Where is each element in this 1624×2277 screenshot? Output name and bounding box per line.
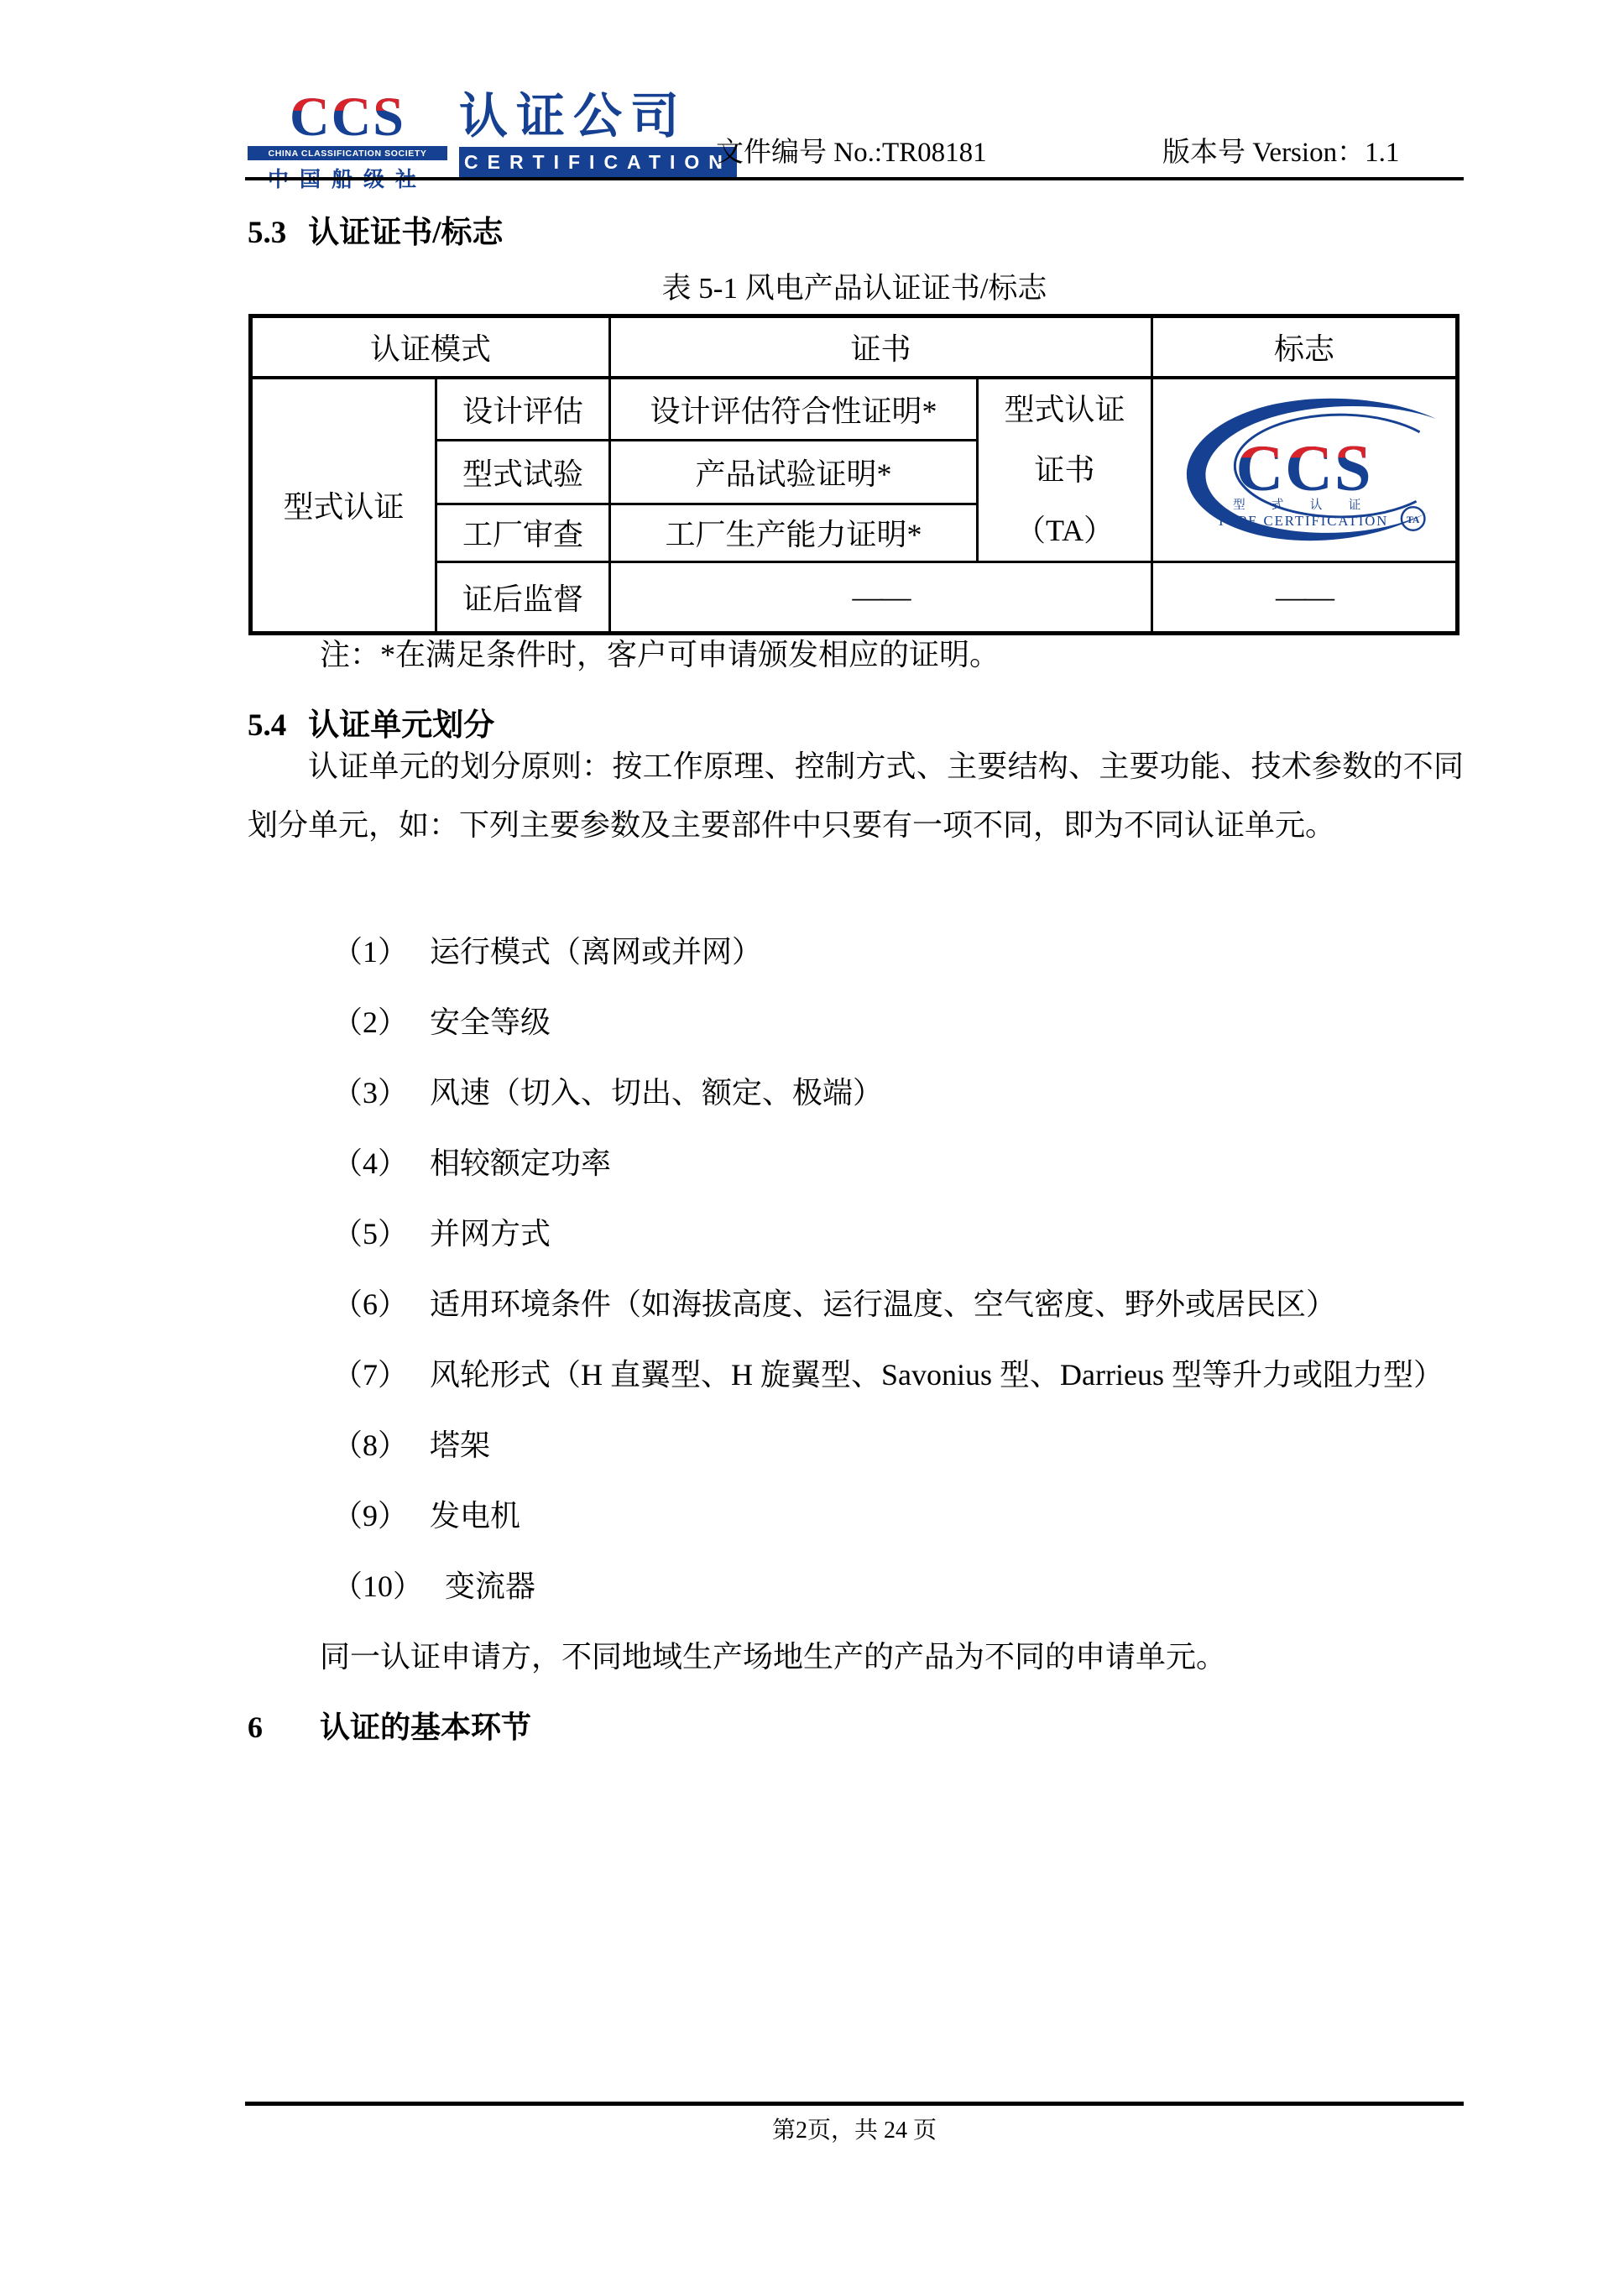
unit-list-item: （5）并网方式: [248, 1199, 1464, 1269]
unit-item-marker: （9）: [332, 1499, 430, 1533]
unit-item-marker: （2）: [332, 1005, 430, 1039]
unit-list: （1）运行模式（离网或并网） （2）安全等级 （3）风速（切入、切出、额定、极端…: [248, 917, 1464, 1763]
unit-item-text: 安全等级: [430, 1005, 551, 1039]
unit-item-text: 变流器: [445, 1569, 535, 1603]
unit-item-marker: （4）: [332, 1146, 430, 1180]
unit-item-text: 适用环境条件（如海拔高度、运行温度、空气密度、野外或居民区）: [430, 1287, 1336, 1321]
unit-item-text: 风轮形式（H 直翼型、H 旋翼型、Savonius 型、Darrieus 型等升…: [430, 1358, 1444, 1392]
unit-list-item: （8）塔架: [248, 1410, 1464, 1481]
section-title: 认证的基本环节: [320, 1710, 531, 1744]
doc-number: 文件编号 No.:TR08181: [716, 130, 987, 170]
unit-item-text: 运行模式（离网或并网）: [430, 935, 762, 969]
th-certificate: 证书: [610, 316, 1152, 378]
unit-list-item: （10）变流器: [248, 1551, 1464, 1622]
unit-list-item: （2）安全等级: [248, 987, 1464, 1058]
table-note: 注：*在满足条件时，客户可申请颁发相应的证明。: [320, 631, 1000, 674]
cell-supervision-mark-dash: ——: [1152, 561, 1458, 633]
unit-list-item: （9）发电机: [248, 1481, 1464, 1551]
unit-item-text: 风速（切入、切出、额定、极端）: [430, 1076, 883, 1110]
footer-rule: [245, 2102, 1464, 2106]
section-number: 6: [248, 1692, 320, 1763]
unit-item-marker: （5）: [332, 1217, 430, 1251]
cell-ta-certificate: 型式认证 证书 （TA）: [978, 378, 1152, 562]
cell-mark-logo: CCS CCS 型 式 认 证 TYPE CERTIFICATION TA: [1152, 378, 1458, 562]
unit-list-item: （6）适用环境条件（如海拔高度、运行温度、空气密度、野外或居民区）: [248, 1269, 1464, 1340]
unit-item-marker: （8）: [332, 1428, 430, 1462]
version-number: 版本号 Version：1.1: [1162, 130, 1399, 170]
logo-type-en: TYPE CERTIFICATION: [1217, 512, 1388, 528]
ta-certificate-line2: 证书: [979, 440, 1151, 500]
unit-list-item: （7）风轮形式（H 直翼型、H 旋翼型、Savonius 型、Darrieus …: [248, 1340, 1464, 1410]
certificate-mark-table: 认证模式 证书 标志 型式认证 设计评估 设计评估符合性证明* 型式认证 证书 …: [248, 314, 1460, 635]
cell-factory-audit: 工厂审查: [436, 504, 610, 561]
section-5-3-heading: 5.3认证证书/标志: [248, 206, 504, 252]
ta-certificate-line1: 型式认证: [979, 379, 1151, 440]
unit-item-marker: （1）: [332, 935, 430, 969]
ta-certificate-line3: （TA）: [979, 500, 1151, 561]
section-title: 认证证书/标志: [308, 216, 503, 250]
unit-list-item: （4）相较额定功率: [248, 1128, 1464, 1199]
ccs-logo-right: 认证公司 CERTIFICATION: [459, 92, 737, 177]
unit-item-text: 并网方式: [430, 1217, 551, 1251]
section-6-heading: 6认证的基本环节: [248, 1692, 1464, 1763]
same-applicant-paragraph: 同一认证申请方，不同地域生产场地生产的产品为不同的申请单元。: [248, 1622, 1464, 1692]
ccs-wordmark: CCS CCS: [248, 92, 447, 144]
cell-design-evaluation-cert: 设计评估符合性证明*: [610, 378, 978, 441]
unit-item-marker: （7）: [332, 1358, 430, 1392]
logo-type-cn: 型 式 认 证: [1233, 497, 1372, 512]
unit-division-paragraph: 认证单元的划分原则：按工作原理、控制方式、主要结构、主要功能、技术参数的不同划分…: [248, 737, 1464, 854]
cell-supervision-cert-dash: ——: [610, 561, 1152, 633]
section-number: 5.3: [248, 215, 286, 251]
cell-type-certification: 型式认证: [251, 378, 436, 634]
page-footer: 第2页，共 24 页: [245, 2112, 1464, 2145]
table-caption: 表 5-1 风电产品认证证书/标志: [245, 265, 1464, 307]
certification-bar: CERTIFICATION: [459, 147, 737, 177]
cell-design-evaluation: 设计评估: [436, 378, 610, 441]
unit-list-item: （3）风速（切入、切出、额定、极端）: [248, 1058, 1464, 1128]
unit-item-text: 塔架: [430, 1428, 490, 1462]
ta-circle-text: TA: [1407, 514, 1420, 525]
ccs-type-certification-logo: CCS CCS 型 式 认 证 TYPE CERTIFICATION TA: [1164, 395, 1444, 545]
unit-item-text: 相较额定功率: [430, 1146, 611, 1180]
unit-item-text: 发电机: [430, 1499, 520, 1533]
cell-type-test: 型式试验: [436, 441, 610, 504]
cell-factory-capability-cert: 工厂生产能力证明*: [610, 504, 978, 561]
unit-item-marker: （3）: [332, 1076, 430, 1110]
classification-society-en: CHINA CLASSIFICATION SOCIETY: [248, 146, 447, 160]
unit-item-marker: （10）: [332, 1569, 445, 1603]
cell-product-test-cert: 产品试验证明*: [610, 441, 978, 504]
th-cert-mode: 认证模式: [251, 316, 610, 378]
unit-list-item: （1）运行模式（离网或并网）: [248, 917, 1464, 987]
header-rule: [245, 177, 1464, 180]
company-name-cn: 认证公司: [459, 92, 737, 141]
unit-item-marker: （6）: [332, 1287, 430, 1321]
cell-post-supervision: 证后监督: [436, 561, 610, 633]
document-page: CCS CCS CHINA CLASSIFICATION SOCIETY 中国船…: [0, 0, 1624, 2277]
th-mark: 标志: [1152, 316, 1458, 378]
